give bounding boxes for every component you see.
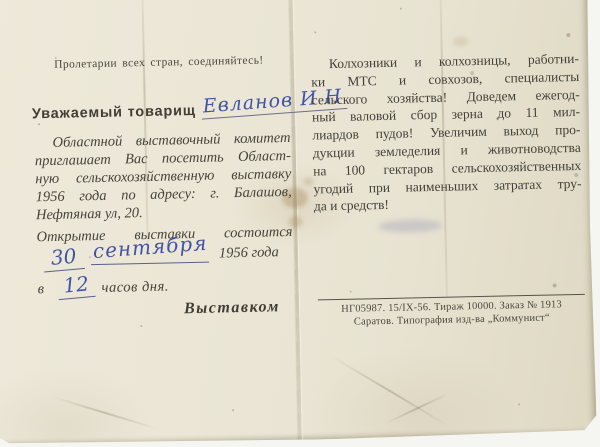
faint-stain-top-right xyxy=(452,36,468,46)
date-year-printed: 1956 года xyxy=(219,244,279,262)
faded-blue-ink-smudge xyxy=(378,219,442,233)
time-prefix-printed: в xyxy=(37,281,44,298)
appeal-paragraph: Колхозники и колхозницы, работни- ки МТС… xyxy=(311,50,582,216)
paper-crease-bottom-right2 xyxy=(385,393,449,424)
slogan-header: Пролетарии всех стран, соединяйтесь! xyxy=(41,54,277,71)
salutation-label: Уважаемый товарищ xyxy=(32,103,196,122)
paper-crease-bottom-right xyxy=(329,354,450,427)
date-month-blank-line: сентября xyxy=(91,234,210,265)
paper-fold-center xyxy=(289,0,302,440)
salutation-row: Уважаемый товарищЕвланов И Н xyxy=(32,96,292,125)
invitation-body: Областной выставочный комитет приглашает… xyxy=(34,129,292,224)
scanned-invitation-document: Пролетарии всех стран, соединяйтесь! Ува… xyxy=(0,0,600,447)
paper-sheet: Пролетарии всех стран, соединяйтесь! Ува… xyxy=(0,0,597,446)
time-handwritten: 12 xyxy=(56,271,96,300)
brown-stain-speck xyxy=(303,177,313,185)
signature-vystavkom: Выставком xyxy=(184,298,280,318)
paper-crease-bottom-left xyxy=(52,396,158,429)
time-suffix-printed: часов дня. xyxy=(101,279,169,297)
date-day-handwritten: 30 xyxy=(42,243,86,273)
print-shop-imprint: НГ05987. 15/IX-56. Тираж 10000. Заказ № … xyxy=(318,294,586,330)
date-month-handwritten: сентября xyxy=(92,231,208,263)
